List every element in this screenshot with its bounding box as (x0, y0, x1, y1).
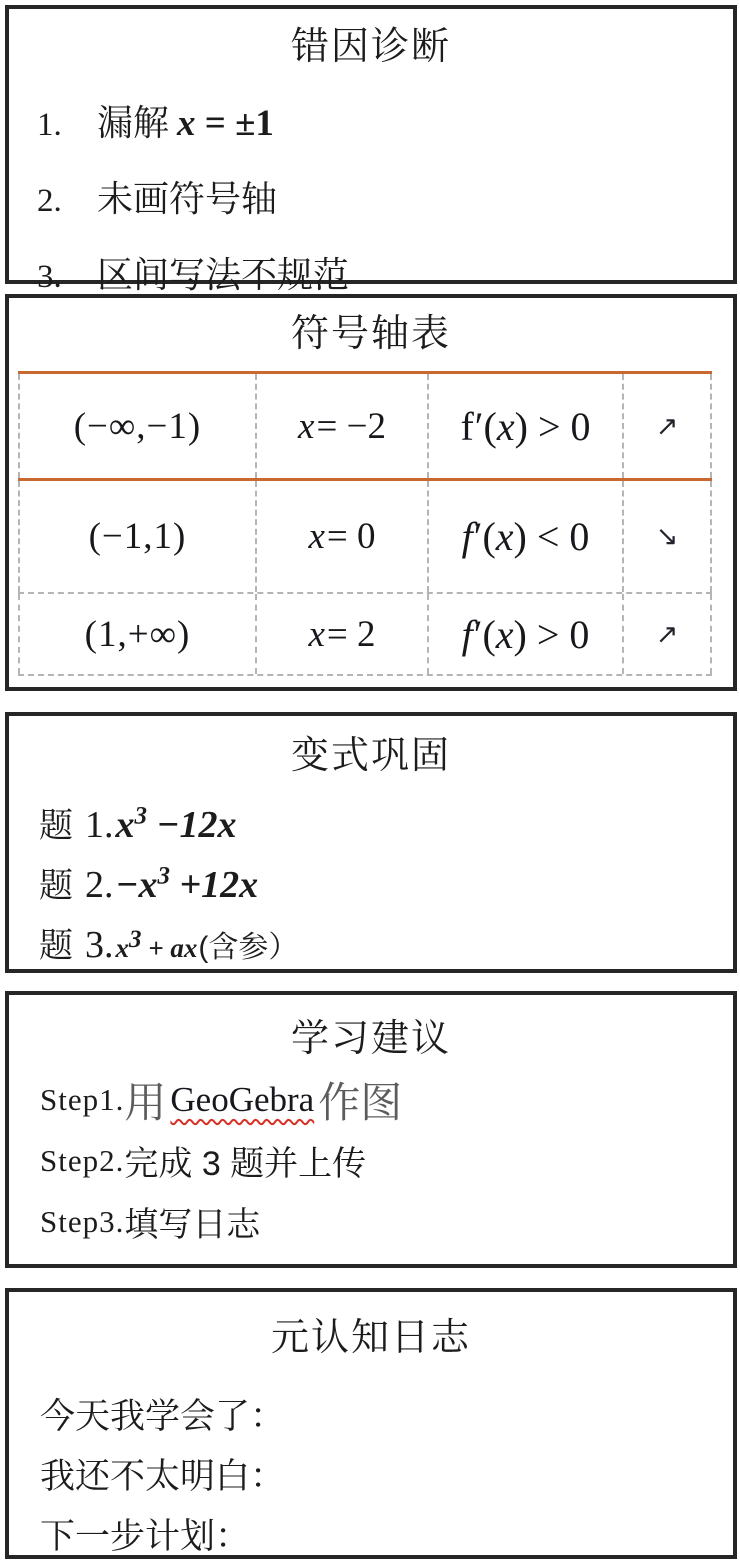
table-row: (−∞,−1) x = −2 f′(x) > 0 ↗ (18, 371, 712, 481)
cell-derivative-sign: f′(x) > 0 (427, 374, 622, 478)
list-item-number: 1. (37, 107, 97, 144)
math-rest: +12x (170, 864, 258, 906)
step-text: 用 (124, 1070, 166, 1130)
math-variable: x (177, 103, 196, 144)
math-variable: x (496, 513, 514, 560)
step-number: Step1. (40, 1082, 124, 1118)
math-rest: + ax (142, 933, 198, 963)
cell-test-point: x = 2 (255, 594, 427, 674)
math-prime-open: ′( (474, 611, 496, 658)
math-close-compare: ) > 0 (514, 611, 590, 658)
list-item: 1. 漏解 x = ±1 (37, 95, 733, 146)
cell-derivative-sign: f′(x) > 0 (427, 594, 622, 674)
step-text: 完成 3 题并上传 (124, 1136, 366, 1185)
math-base: −x (116, 864, 158, 906)
problem-item: 题 3. x3 + ax (含参） (39, 918, 733, 961)
math-f: f (462, 513, 473, 560)
math-close-compare: ) > 0 (515, 403, 591, 450)
error-diagnosis-title: 错因诊断 (9, 25, 733, 69)
math-expression: −x3 +12x (116, 863, 259, 907)
list-item-text: 漏解 (97, 95, 169, 146)
cell-test-point: x = 0 (255, 481, 427, 592)
cell-derivative-sign: f′(x) < 0 (427, 481, 622, 592)
metacognition-journal-title: 元认知日志 (9, 1316, 733, 1360)
math-exponent: 3 (129, 926, 142, 953)
error-diagnosis-list: 1. 漏解 x = ±1 2. 未画符号轴 3. 区间写法不规范 (37, 95, 733, 298)
list-item: 3. 区间写法不规范 (37, 247, 733, 298)
panel-study-advice: 学习建议 Step1. 用 GeoGebra 作图 Step2. 完成 3 题并… (5, 991, 737, 1268)
step-item: Step3. 填写日志 (40, 1199, 733, 1244)
math-exponent: 3 (158, 862, 171, 889)
study-advice-title: 学习建议 (9, 1017, 733, 1061)
math-close-compare: ) < 0 (514, 513, 590, 560)
step-text: 作图 (318, 1070, 402, 1130)
math-base: x (116, 804, 135, 846)
step-list: Step1. 用 GeoGebra 作图 Step2. 完成 3 题并上传 St… (40, 1077, 733, 1244)
problem-number: 2. (85, 863, 114, 907)
step-item: Step2. 完成 3 题并上传 (40, 1138, 733, 1183)
list-item-text: 区间写法不规范 (97, 247, 349, 298)
math-expression: x = ±1 (177, 102, 274, 145)
math-prime-open: ′( (474, 513, 496, 560)
sign-table-title: 符号轴表 (9, 312, 733, 356)
math-variable: x (496, 611, 514, 658)
math-expression: x3 + ax (116, 933, 198, 964)
panel-metacognition-journal: 元认知日志 今天我学会了： 我还不太明白： 下一步计划： (5, 1288, 737, 1559)
problem-number: 3. (85, 923, 114, 967)
list-item-text: 未画符号轴 (97, 171, 277, 222)
cell-interval: (−∞,−1) (18, 374, 255, 478)
math-rest: = −2 (316, 405, 385, 448)
math-rest: −12x (147, 804, 237, 846)
panel-sign-table: 符号轴表 (−∞,−1) x = −2 f′(x) > 0 ↗ (−1,1) x… (5, 294, 737, 691)
journal-prompt: 下一步计划： (40, 1504, 733, 1564)
problem-note: (含参） (198, 922, 298, 966)
math-rest: = 0 (327, 515, 376, 558)
step-number: Step3. (40, 1204, 124, 1240)
cell-interval: (1,+∞) (18, 594, 255, 674)
math-rest: = 2 (327, 613, 376, 656)
cell-interval: (−1,1) (18, 481, 255, 592)
trend-arrow-up-icon: ↗ (622, 374, 712, 478)
step-item: Step1. 用 GeoGebra 作图 (40, 1077, 733, 1122)
math-rest: = ±1 (196, 103, 274, 144)
cell-test-point: x = −2 (255, 374, 427, 478)
problem-label: 题 (39, 858, 73, 907)
problem-label: 题 (39, 918, 73, 967)
problem-item: 题 2. −x3 +12x (39, 858, 733, 901)
trend-arrow-up-icon: ↗ (622, 594, 712, 674)
table-row: (1,+∞) x = 2 f′(x) > 0 ↗ (18, 594, 712, 674)
list-item-number: 2. (37, 183, 97, 220)
step-number: Step2. (40, 1143, 124, 1179)
sign-table: (−∞,−1) x = −2 f′(x) > 0 ↗ (−1,1) x = 0 … (18, 371, 712, 676)
math-expression: x3 −12x (116, 803, 237, 847)
list-item-number: 3. (37, 259, 97, 296)
math-prime-open: ′( (475, 403, 497, 450)
math-base: x (116, 933, 130, 963)
problem-label: 题 (39, 798, 73, 847)
math-exponent: 3 (135, 802, 148, 829)
variant-practice-title: 变式巩固 (9, 734, 733, 778)
problem-item: 题 1. x3 −12x (39, 798, 733, 841)
table-row: (−1,1) x = 0 f′(x) < 0 ↘ (18, 481, 712, 594)
journal-prompt-list: 今天我学会了： 我还不太明白： 下一步计划： (40, 1384, 733, 1564)
panel-error-diagnosis: 错因诊断 1. 漏解 x = ±1 2. 未画符号轴 3. 区间写法不规范 (5, 5, 737, 284)
math-variable: x (308, 613, 324, 656)
problem-number: 1. (85, 803, 114, 847)
problem-list: 题 1. x3 −12x 题 2. −x3 +12x 题 3. x3 + ax … (39, 798, 733, 961)
math-f: f (460, 403, 473, 450)
math-f: f (462, 611, 473, 658)
step-text: 填写日志 (124, 1197, 260, 1246)
panel-variant-practice: 变式巩固 题 1. x3 −12x 题 2. −x3 +12x 题 3. x3 … (5, 712, 737, 973)
journal-prompt: 我还不太明白： (40, 1444, 733, 1504)
math-variable: x (298, 405, 314, 448)
trend-arrow-down-icon: ↘ (622, 481, 712, 592)
journal-prompt: 今天我学会了： (40, 1384, 733, 1444)
list-item: 2. 未画符号轴 (37, 171, 733, 222)
geogebra-label: GeoGebra (170, 1080, 314, 1120)
math-variable: x (308, 515, 324, 558)
math-variable: x (497, 403, 515, 450)
